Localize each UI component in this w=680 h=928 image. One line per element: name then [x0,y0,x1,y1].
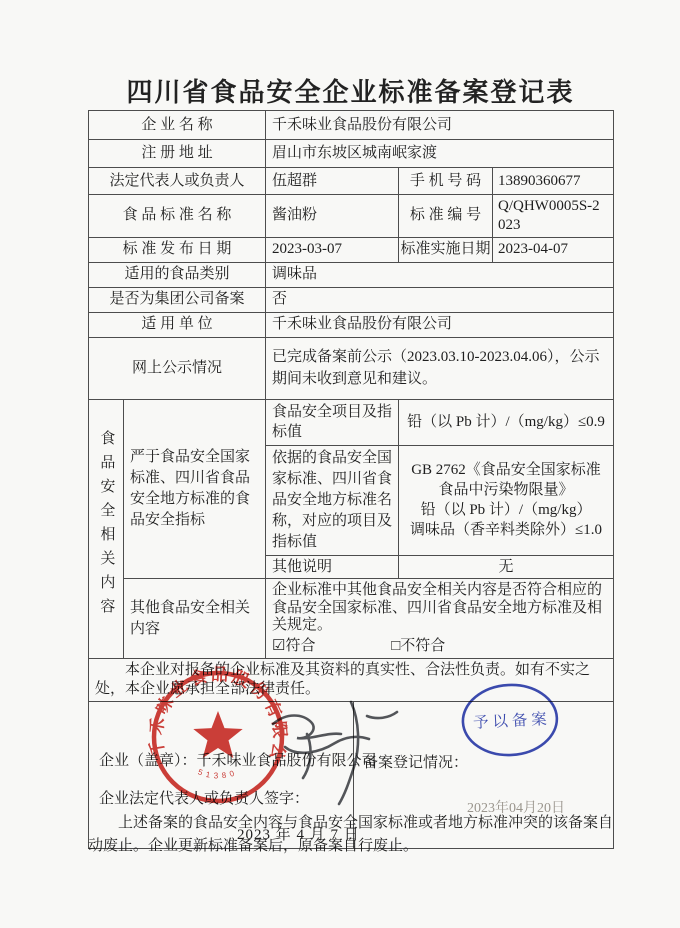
impl-date-value: 2023-04-07 [493,237,614,262]
registration-status-label: 备案登记情况： [363,754,468,773]
group-filing-label: 是否为集团公司备案 [89,287,266,312]
table-row: 适 用 单 位 千禾味业食品股份有限公司 [89,312,614,337]
standard-name-value: 酱油粉 [266,195,399,238]
table-row: 适用的食品类别 调味品 [89,262,614,287]
company-name-value: 千禾味业食品股份有限公司 [266,111,614,140]
applicable-unit-value: 千禾味业食品股份有限公司 [266,312,614,337]
legal-rep-value: 伍超群 [266,168,399,195]
address-label: 注 册 地 址 [89,140,266,168]
standard-name-label: 食 品 标 准 名 称 [89,195,266,238]
standard-number-label: 标 准 编 号 [399,195,493,238]
applicable-unit-label: 适 用 单 位 [89,312,266,337]
phone-value: 13890360677 [493,168,614,195]
publish-date-value: 2023-03-07 [266,237,399,262]
publish-date-label: 标 准 发 布 日 期 [89,237,266,262]
standard-number-value: Q/QHW0005S-2023 [493,195,614,238]
other-safety-label: 其他食品安全相关内容 [124,579,266,659]
stricter-indicators-label: 严于食品安全国家标准、四川省食品安全地方标准的食品安全指标 [124,399,266,579]
table-row: 本企业对报备的企业标准及其资料的真实性、合法性负责。如有不实之处，本企业愿承担全… [89,659,614,702]
table-row: 标 准 发 布 日 期 2023-03-07 标准实施日期 2023-04-07 [89,237,614,262]
other-note-value: 无 [399,555,614,579]
table-row: 其他食品安全相关内容 企业标准中其他食品安全相关内容是否符合相应的食品安全国家标… [89,579,614,659]
safety-item-value: 铅（以 Pb 计）/（mg/kg）≤0.9 [399,399,614,445]
footer-note: 上述备案的食品安全内容与食品安全国家标准或者地方标准冲突的该备案自动废止。企业更… [88,812,615,858]
registration-table: 企 业 名 称 千禾味业食品股份有限公司 注 册 地 址 眉山市东坡区城南岷家渡… [88,110,614,849]
legal-rep-signature-line: 企业法定代表人或负责人签字： [99,790,309,809]
page-title: 四川省食品安全企业标准备案登记表 [78,72,623,109]
table-row: 食 品 标 准 名 称 酱油粉 标 准 编 号 Q/QHW0005S-2023 [89,195,614,238]
safety-item-label: 食品安全项目及指标值 [266,399,399,445]
other-note-label: 其他说明 [266,555,399,579]
category-value: 调味品 [266,262,614,287]
table-row: 法定代表人或负责人 伍超群 手 机 号 码 13890360677 [89,168,614,195]
group-filing-value: 否 [266,287,614,312]
publicity-label: 网上公示情况 [89,337,266,399]
impl-date-label: 标准实施日期 [399,237,493,262]
declaration-row: 本企业对报备的企业标准及其资料的真实性、合法性负责。如有不实之处，本企业愿承担全… [89,659,614,702]
publicity-value: 已完成备案前公示（2023.03.10-2023.04.06），公示期间未收到意… [266,337,614,399]
checkbox-nonconform-unchecked: □不符合 [391,638,445,656]
legal-rep-label: 法定代表人或负责人 [89,168,266,195]
table-row: 注 册 地 址 眉山市东坡区城南岷家渡 [89,140,614,168]
company-seal-line: 企业（盖章）：千禾味业食品股份有限公司 [99,752,377,771]
other-safety-content: 企业标准中其他食品安全相关内容是否符合相应的食品安全国家标准、四川省食品安全地方… [266,579,614,659]
table-row: 网上公示情况 已完成备案前公示（2023.03.10-2023.04.06），公… [89,337,614,399]
company-name-label: 企 业 名 称 [89,111,266,140]
table-row: 企 业 名 称 千禾味业食品股份有限公司 [89,111,614,140]
basis-standard-value: GB 2762《食品安全国家标准 食品中污染物限量》 铅（以 Pb 计）/（mg… [399,445,614,555]
scanned-registration-form: 四川省食品安全企业标准备案登记表 企 业 名 称 千禾味业食品股份有限公司 注 … [0,0,680,928]
phone-label: 手 机 号 码 [399,168,493,195]
safety-section-label: 食品安全相关内容 [89,399,124,659]
table-row: 是否为集团公司备案 否 [89,287,614,312]
basis-standard-label: 依据的食品安全国家标准、四川省食品安全地方标准名称，对应的项目及指标值 [266,445,399,555]
table-row: 食品安全相关内容 严于食品安全国家标准、四川省食品安全地方标准的食品安全指标 食… [89,399,614,445]
checkbox-conform-checked: ☑符合 [272,638,315,654]
category-label: 适用的食品类别 [89,262,266,287]
address-value: 眉山市东坡区城南岷家渡 [266,140,614,168]
